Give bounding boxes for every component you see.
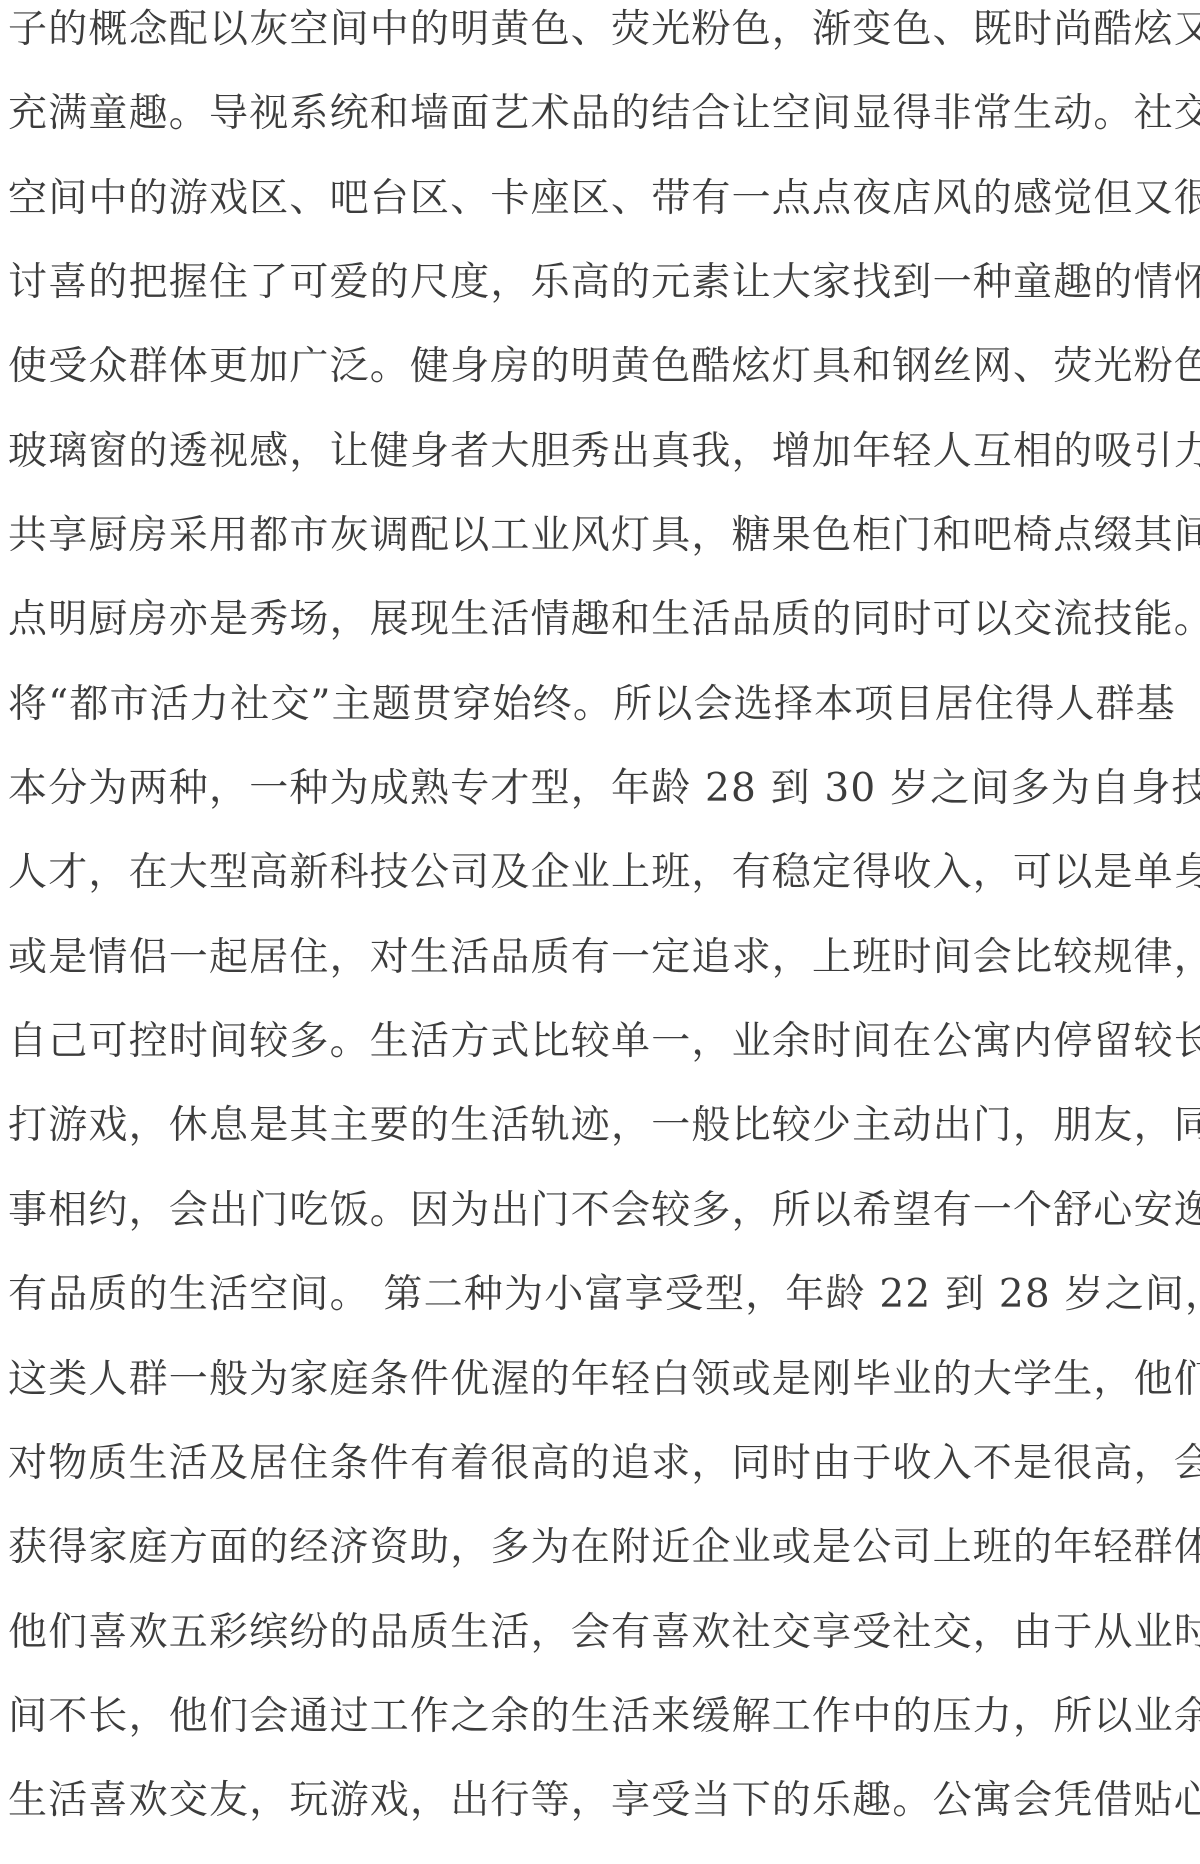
text-line: 这类人群一般为家庭条件优渥的年轻白领或是刚毕业的大学生，他们 — [8, 1350, 1200, 1434]
text-line: 讨喜的把握住了可爱的尺度，乐高的元素让大家找到一种童趣的情怀。 — [8, 253, 1200, 337]
text-line: 将“都市活力社交”主题贯穿始终。所以会选择本项目居住得人群基 — [8, 675, 1200, 759]
text-line: 空间中的游戏区、吧台区、卡座区、带有一点点夜店风的感觉但又很 — [8, 169, 1200, 253]
text-line: 使受众群体更加广泛。健身房的明黄色酷炫灯具和钢丝网、荧光粉色 — [8, 337, 1200, 421]
text-line: 他们喜欢五彩缤纷的品质生活，会有喜欢社交享受社交，由于从业时 — [8, 1603, 1200, 1687]
text-line: 生活喜欢交友，玩游戏，出行等，享受当下的乐趣。公寓会凭借贴心 — [8, 1771, 1200, 1855]
text-line: 玻璃窗的透视感，让健身者大胆秀出真我，增加年轻人互相的吸引力。 — [8, 422, 1200, 506]
text-line: 对物质生活及居住条件有着很高的追求，同时由于收入不是很高，会 — [8, 1434, 1200, 1518]
document-body-text: 子的概念配以灰空间中的明黄色、荧光粉色，渐变色、既时尚酷炫又 充满童趣。导视系统… — [8, 0, 1200, 1856]
text-line: 有品质的生活空间。 第二种为小富享受型，年龄 22 到 28 岁之间， — [8, 1265, 1200, 1349]
text-line: 事相约，会出门吃饭。因为出门不会较多，所以希望有一个舒心安逸 — [8, 1181, 1200, 1265]
text-line: 子的概念配以灰空间中的明黄色、荧光粉色，渐变色、既时尚酷炫又 — [8, 0, 1200, 84]
text-line: 人才，在大型高新科技公司及企业上班，有稳定得收入，可以是单身 — [8, 843, 1200, 927]
document-page: 子的概念配以灰空间中的明黄色、荧光粉色，渐变色、既时尚酷炫又 充满童趣。导视系统… — [0, 0, 1200, 1864]
text-line: 或是情侣一起居住，对生活品质有一定追求，上班时间会比较规律， — [8, 928, 1200, 1012]
text-line: 打游戏，休息是其主要的生活轨迹，一般比较少主动出门，朋友，同 — [8, 1096, 1200, 1180]
text-line: 获得家庭方面的经济资助，多为在附近企业或是公司上班的年轻群体， — [8, 1518, 1200, 1602]
text-line: 自己可控时间较多。生活方式比较单一，业余时间在公寓内停留较长， — [8, 1012, 1200, 1096]
text-line: 本分为两种，一种为成熟专才型，年龄 28 到 30 岁之间多为自身技术 — [8, 759, 1200, 843]
text-line: 充满童趣。导视系统和墙面艺术品的结合让空间显得非常生动。社交 — [8, 84, 1200, 168]
text-line: 点明厨房亦是秀场，展现生活情趣和生活品质的同时可以交流技能。 — [8, 590, 1200, 674]
text-line: 间不长，他们会通过工作之余的生活来缓解工作中的压力，所以业余 — [8, 1687, 1200, 1771]
text-line: 共享厨房采用都市灰调配以工业风灯具，糖果色柜门和吧椅点缀其间， — [8, 506, 1200, 590]
